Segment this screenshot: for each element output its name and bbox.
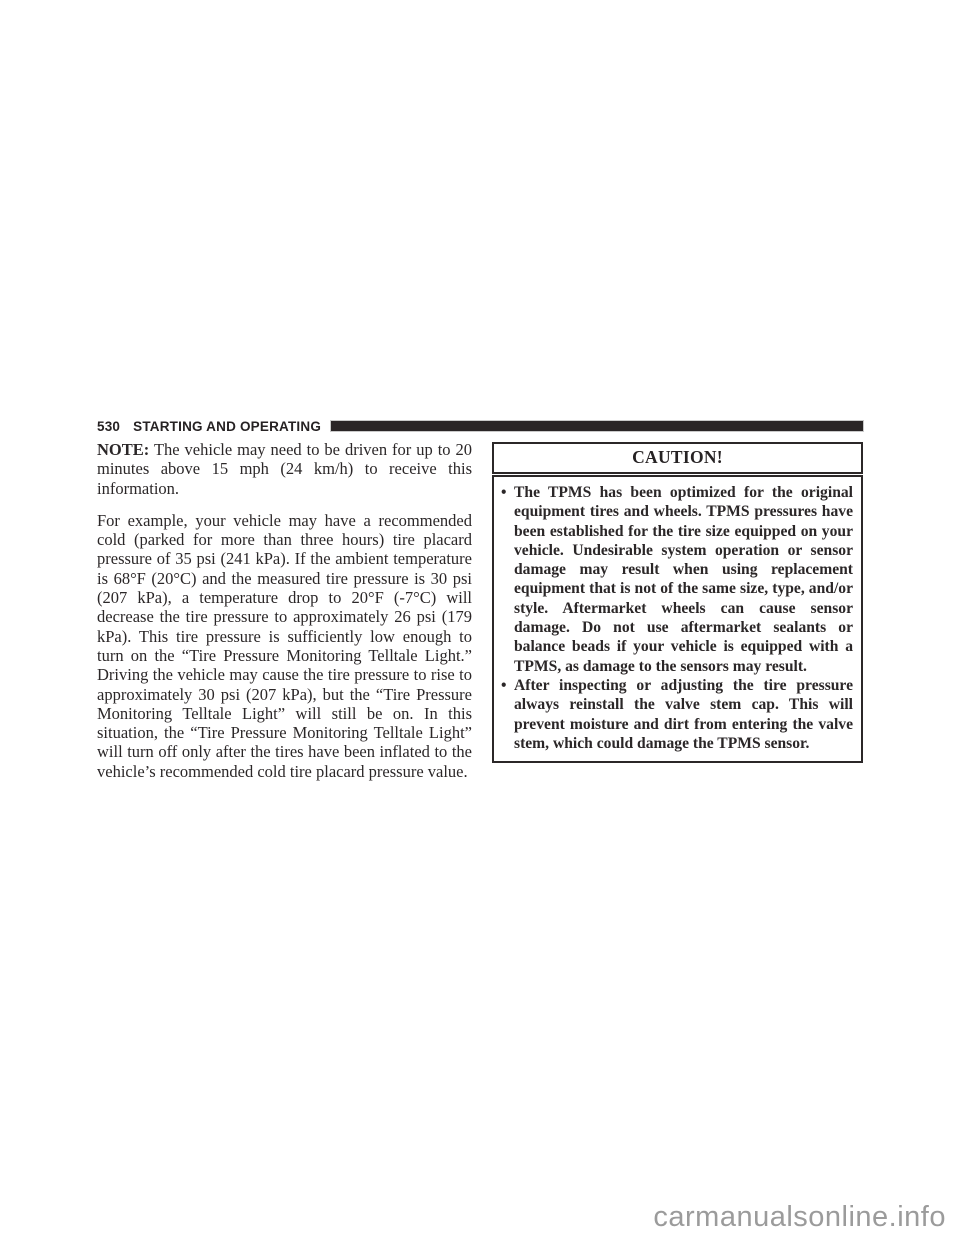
watermark-text: carmanualsonline.info: [653, 1201, 946, 1234]
note-label: NOTE:: [97, 440, 149, 459]
section-title: STARTING AND OPERATING: [133, 419, 321, 434]
page-number: 530: [97, 419, 120, 434]
left-text-column: NOTE: The vehicle may need to be driven …: [97, 440, 472, 794]
caution-bullet-item: The TPMS has been optimized for the orig…: [500, 483, 853, 676]
caution-box-title: CAUTION!: [492, 442, 863, 474]
body-paragraph: For example, your vehicle may have a rec…: [97, 511, 472, 781]
caution-box: CAUTION! The TPMS has been optimized for…: [492, 442, 863, 763]
caution-bullet-item: After inspecting or adjusting the tire p…: [500, 676, 853, 753]
header-rule-bar: [331, 421, 863, 431]
note-paragraph: NOTE: The vehicle may need to be driven …: [97, 440, 472, 498]
caution-box-body: The TPMS has been optimized for the orig…: [492, 475, 863, 763]
running-header: 530 STARTING AND OPERATING: [97, 418, 863, 434]
note-text: The vehicle may need to be driven for up…: [97, 440, 472, 498]
caution-bullet-list: The TPMS has been optimized for the orig…: [500, 483, 853, 753]
